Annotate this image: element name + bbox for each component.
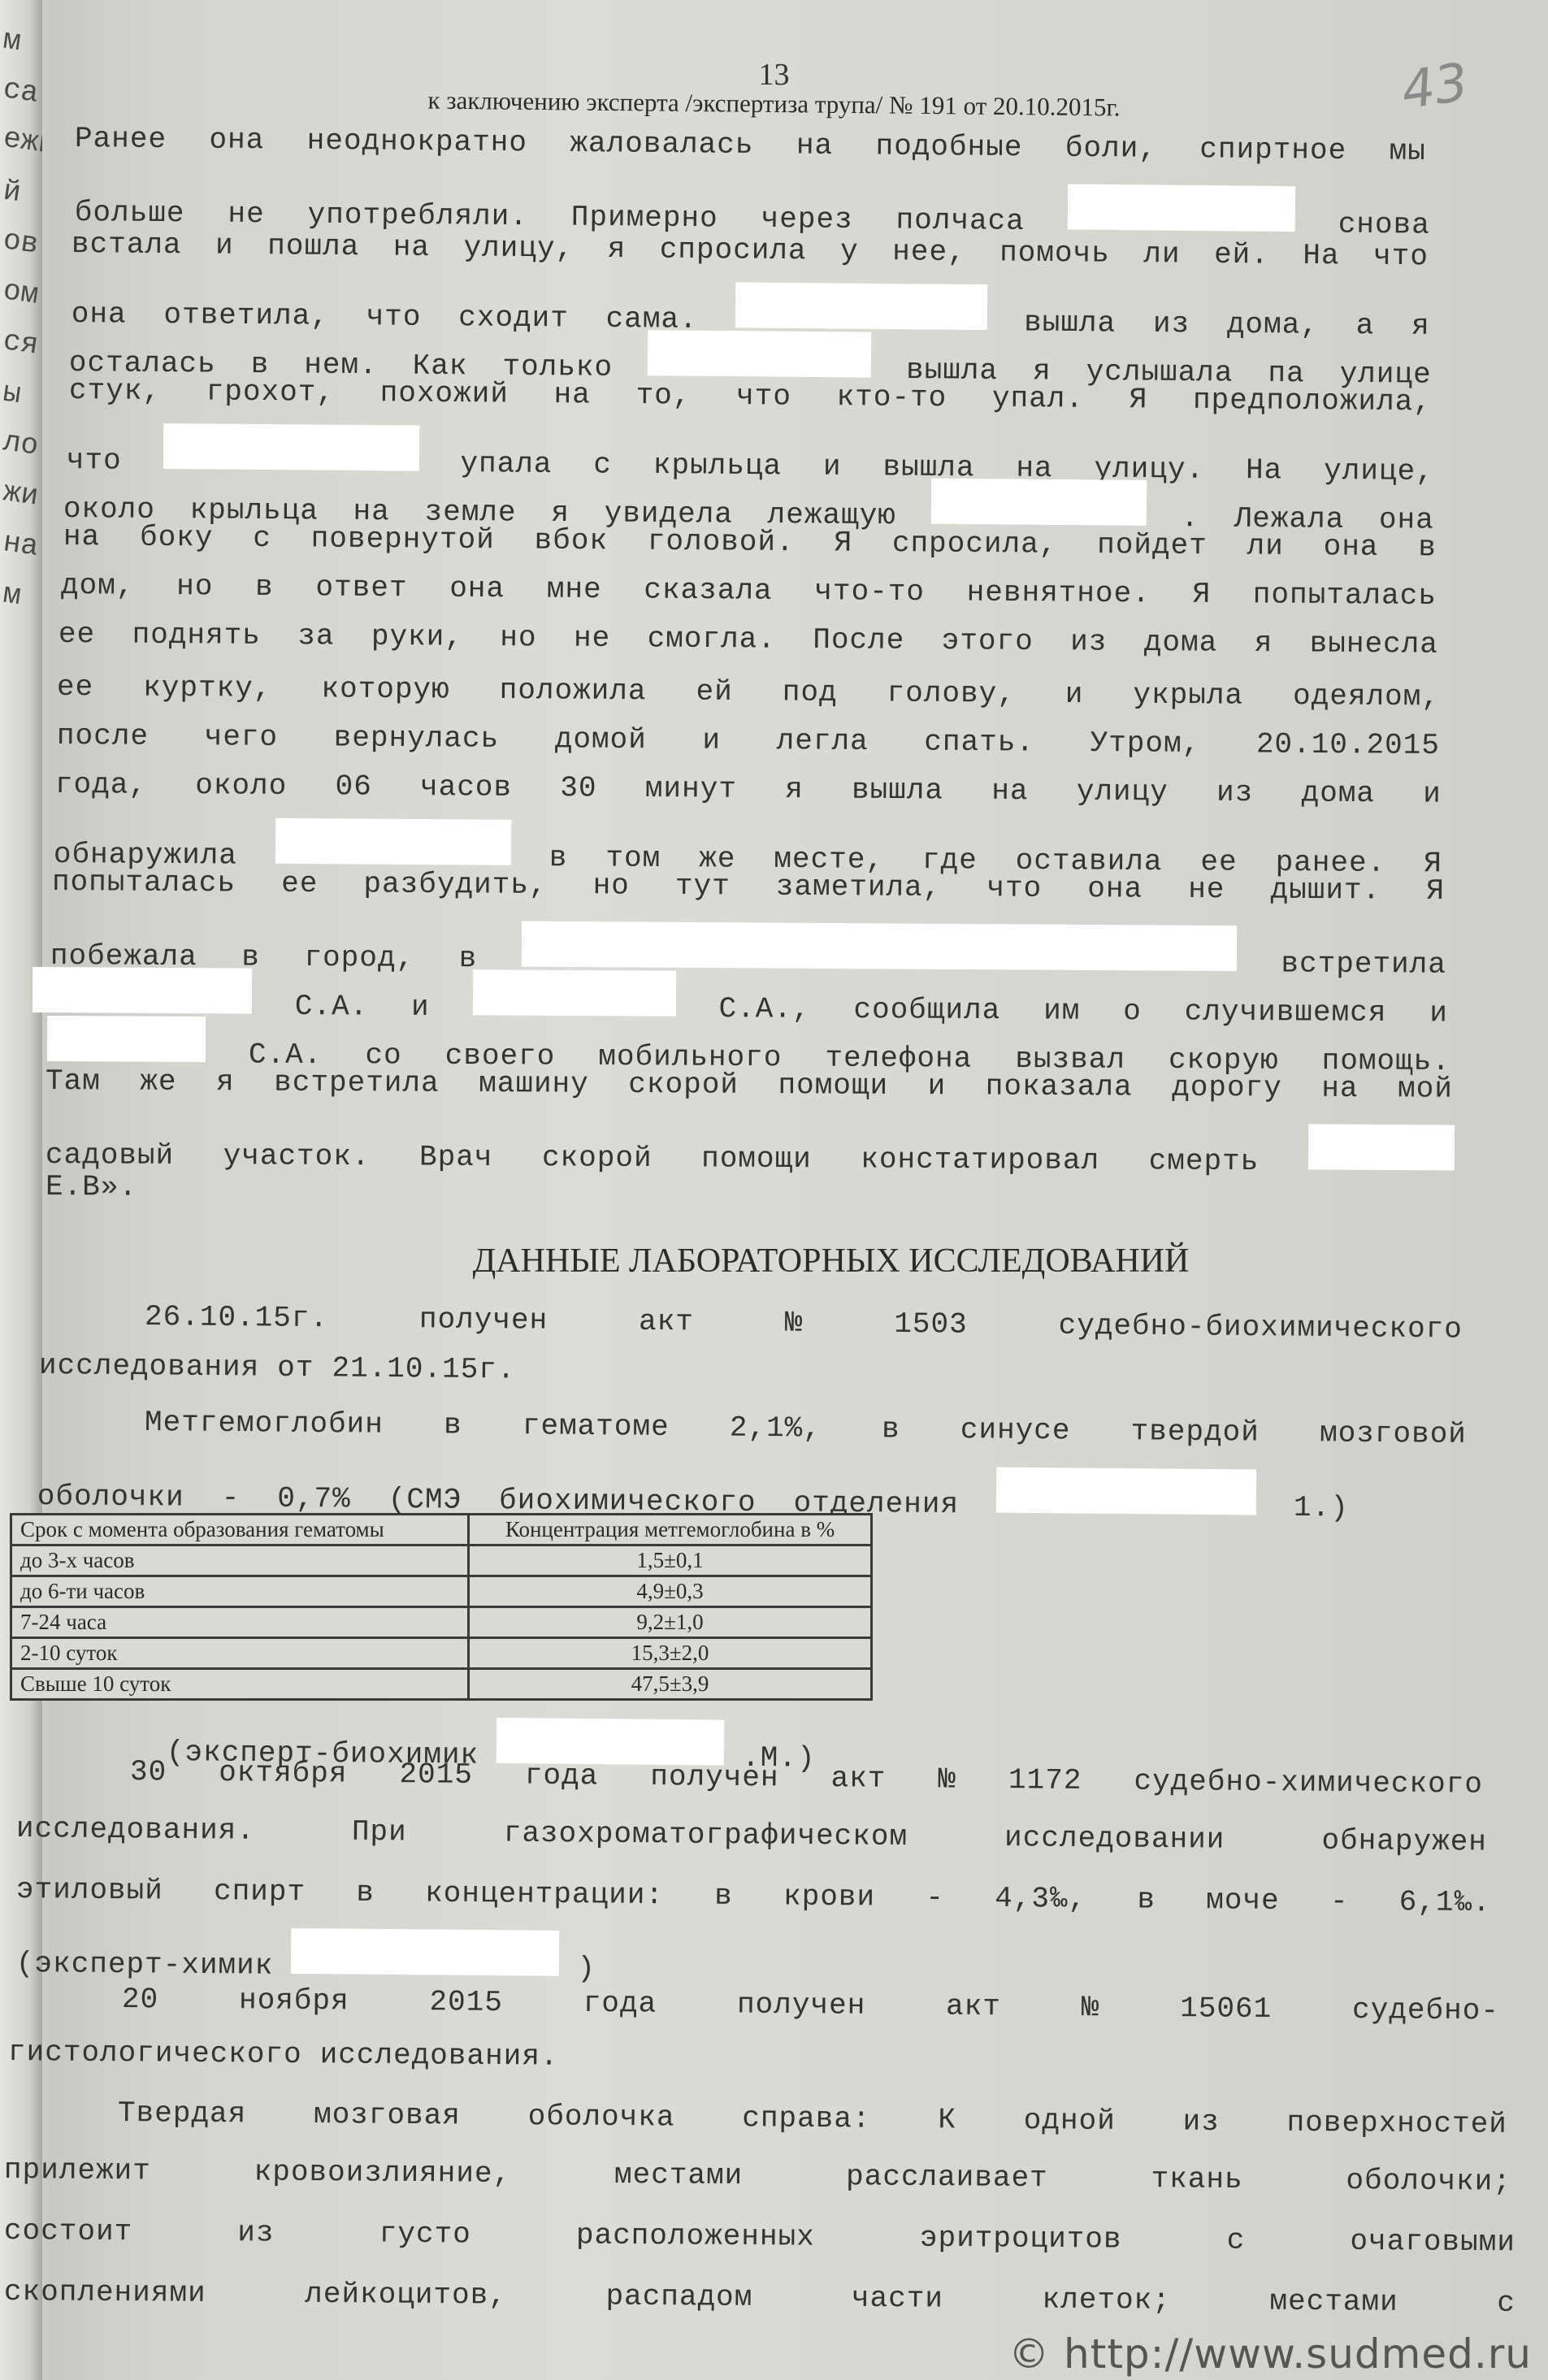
redaction-box [522,921,1237,971]
word: я [607,232,626,266]
concentration-cell: 15,3±2,0 [469,1638,872,1669]
word: газохроматографическом [504,1817,908,1854]
redaction-box [33,967,252,1014]
hematoma-age-cell: до 3-х часов [11,1545,469,1576]
word: смогла. [647,622,776,656]
word: она [209,124,264,158]
word: не [228,197,265,231]
word: - [926,1881,944,1914]
word: ее [281,867,318,900]
word: встретила [274,1066,440,1100]
text-line: (эксперт-химик) [16,1926,635,1986]
text-line: садовыйучасток.Врачскоройпомощиконстатир… [46,1117,1455,1179]
adjacent-page-fragment: ом [1,274,41,312]
word: спросила [660,233,807,268]
word: и [1423,778,1442,811]
word: на [1321,1072,1358,1105]
word: дышит. [1270,874,1381,908]
word: 20.10.2015 [1256,727,1440,762]
word: После [813,623,904,657]
word: крови [783,1879,875,1914]
concentration-cell: 9,2±1,0 [469,1607,872,1638]
word: на [991,774,1028,808]
text-line: исследованияот21.10.15г. [39,1349,650,1388]
word: № [1082,1991,1100,2024]
word: - [1330,1885,1349,1918]
adjacent-page-fragment: на [1,526,41,564]
word: спиртное [1199,132,1346,167]
word: из [237,2216,275,2249]
word: и [928,1069,947,1103]
text-line: 30октября2015годаполученакт№1172судебно-… [130,1755,1483,1801]
word: моче [1206,1884,1280,1918]
word: скорой [542,1141,653,1175]
word: что [1373,240,1429,274]
word: концентрации: [425,1877,664,1913]
word: ее [59,618,96,651]
word: на [553,378,591,411]
word: № [938,1762,956,1796]
word: что [736,379,791,414]
word: вышла [852,774,943,808]
text-line: состоитизгусторасположенныхэритроцитовсо… [4,2214,1515,2259]
word: не [574,622,611,655]
word: что-то [814,574,925,609]
word: разбудить, [363,867,547,901]
word: пошла [267,229,359,263]
text-line: Тамжеявстретиламашинускоройпомощиипоказа… [46,1064,1453,1106]
word: скоплениями [4,2275,206,2310]
word: грохот, [206,375,336,409]
hematoma-age-cell: 2-10 суток [11,1638,469,1669]
redaction-box [47,1016,206,1062]
word: дома [1301,777,1375,811]
word: упал. [992,382,1084,416]
word: и [215,229,234,262]
word: синусе [960,1413,1071,1447]
word: спать. [924,726,1034,760]
word: На [1303,239,1340,272]
text-line: гистологическогоисследования. [8,2035,691,2074]
concentration-cell: 4,9±0,3 [469,1576,872,1607]
word: этого [942,624,1034,658]
word: (эксперт-химик [16,1947,274,1983]
word: спросила, [892,527,1058,561]
word: куртку, [143,671,272,705]
word: жаловалась [570,127,753,162]
word: Утром, [1090,726,1200,761]
word: № [785,1307,804,1340]
word: Е.В». [46,1170,137,1204]
word: 2,1%, [730,1411,822,1446]
text-line: дом,новответонамнесказалачто-тоневнятное… [61,569,1437,613]
word: от [277,1351,314,1385]
word: 2015 [399,1758,473,1792]
word: положила [500,674,647,708]
text-line: скоплениямилейкоцитов,распадомчастиклето… [4,2275,1515,2320]
watermark: © http://www.sudmed.ru [1008,2330,1532,2378]
redaction-box [275,818,511,865]
redaction-box [648,330,871,377]
word: на [393,231,431,264]
word: нее, [892,235,966,269]
word: и [702,724,721,757]
word: кровоизлияние, [254,2155,512,2191]
word: года [583,1987,657,2021]
text-line: Метгемоглобинвгематоме2,1%,всинусетвердо… [145,1406,1467,1451]
word: боку [140,521,214,555]
word: местами [614,2158,744,2192]
word: ноября [239,1983,349,2018]
text-line: исследования.Пригазохроматографическомис… [16,1812,1487,1859]
word: 30 [560,771,596,804]
word: спирт [214,1875,306,1909]
hematoma-age-cell: Свыше 10 суток [11,1669,469,1700]
word: она [1324,530,1379,564]
word: гистологического [8,2035,302,2071]
word: Я [834,527,852,560]
table-row: до 6-ти часов4,9±0,3 [11,1576,872,1607]
word: то, [635,379,691,413]
table-header-row: Срок с момента образования гематомы Конц… [11,1515,872,1545]
word: ответ [315,570,407,605]
word: акт [946,1990,1001,2024]
word: 0,7% [277,1482,351,1516]
adjacent-page-fragment: ло [1,425,41,463]
word: я [1255,626,1273,660]
word: поднять [132,618,261,652]
word: 06 [335,769,371,803]
word: я [785,773,804,806]
word: получен [419,1303,549,1337]
word: под [783,676,838,709]
column-header: Срок с момента образования гематомы [11,1515,469,1545]
word: Я [1130,383,1148,416]
redaction-box [291,1928,559,1976]
word: состоит [4,2214,133,2248]
word: голову, [887,676,1016,710]
word: мозговая [314,2098,461,2132]
adjacent-page-fragment: ся [1,324,41,362]
word: через [761,202,852,236]
word: справа: [742,2101,871,2135]
hematoma-age-cell: 7-24 часа [11,1607,469,1638]
word: судебно-химического [1134,1765,1483,1801]
word: ли [1143,237,1181,271]
word: одеялом, [1293,679,1440,713]
adjacent-page-fragment: й [1,175,23,210]
adjacent-page-edge: мсаежийовомсяыложинам [0,0,42,2380]
word: этиловый [16,1873,163,1908]
adjacent-page-fragment: ы [1,376,23,412]
text-line: прилежиткровоизлияние,местамирасслаивает… [4,2153,1511,2199]
word: но [176,570,214,603]
word: 2015 [429,1985,503,2019]
word: 21.10.15г. [332,1351,515,1386]
word: смерть [1149,1144,1260,1178]
word: гематоме [523,1409,670,1444]
word: что [986,871,1042,904]
word: стук, [69,374,161,408]
word: заметила, [776,870,942,904]
redaction-box [735,282,986,330]
word: головой. [648,525,795,559]
word: вбок [534,524,608,558]
word: с [253,522,271,555]
word: полчаса [895,203,1025,237]
word: констатировал [861,1142,1099,1177]
word: октября [219,1756,348,1790]
word: Метгемоглобин [145,1406,384,1441]
word: поверхностей [1286,2106,1507,2141]
text-line: Е.В». [46,1170,179,1204]
word: помощи [701,1142,812,1176]
word: часов [420,770,512,804]
word: Ранее [75,122,167,156]
word: ей. [1214,238,1269,272]
word: но [500,621,537,654]
word: домой [555,722,647,756]
table-row: Свыше 10 суток47,5±3,9 [11,1669,872,1700]
word: очаговыми [1350,2225,1515,2260]
word: лейкоцитов, [305,2278,507,2313]
word: неоднократно [307,124,528,160]
word: судебно- [1352,1993,1499,2028]
redaction-box [1068,184,1296,232]
redaction-box [473,969,676,1017]
word: дорогу [1172,1071,1282,1105]
word: одной [1024,2104,1116,2138]
word: года [525,1759,599,1793]
word: улицу [1077,775,1169,809]
word: помочь [999,236,1110,270]
word: При [352,1815,407,1849]
word: которую [321,672,450,706]
column-header: Концентрация метгемоглобина в % [469,1515,872,1545]
word: акт [639,1305,694,1339]
word: ей [696,675,733,709]
word: попыталась [1253,578,1437,613]
text-line: послечеговернуласьдомойилегласпать.Утром… [57,719,1440,762]
word: 1172 [1008,1763,1082,1797]
text-line: 20ноября2015годаполученакт№15061судебно- [122,1983,1499,2027]
word: подобные [875,129,1022,164]
word: на [63,520,101,553]
word: 20 [122,1983,159,2016]
word: чего [205,720,279,754]
word: части [852,2282,943,2316]
word: получен [737,1988,866,2022]
word: кто-то [836,380,947,414]
word: укрыла [1133,678,1243,713]
word: 30 [130,1755,167,1788]
word: снова [1338,208,1430,242]
word: она [449,572,505,606]
word: расположенных [576,2218,815,2253]
word: встала [72,228,182,262]
word: 1503 [894,1307,968,1342]
word: в [255,570,274,604]
word: эритроцитов [920,2222,1122,2256]
word: показала [986,1070,1133,1104]
word: я [216,1065,235,1099]
text-line: 26.10.15г.полученакт№1503судебно-биохими… [145,1300,1463,1346]
word: вернулась [334,721,500,755]
word: мне [547,573,602,607]
word: мы [1389,135,1426,168]
word: предположила, [1193,384,1432,419]
word: же [140,1065,176,1099]
adjacent-page-fragment: м [1,24,23,59]
word: и [1065,678,1084,711]
word: употребляли. [307,198,528,234]
word: не [1188,873,1225,906]
word: клеток; [1042,2283,1171,2317]
concentration-cell: 1,5±0,1 [469,1545,872,1576]
word: из [1182,2105,1220,2139]
word: ли [1247,530,1284,563]
word: но [592,869,629,902]
word: из [1216,776,1253,809]
word: она [1087,872,1143,905]
word: оболочка [528,2100,675,2134]
redaction-box [931,479,1147,526]
word: оболочки [37,1480,184,1515]
methemoglobin-table: Срок с момента образования гематомы Конц… [10,1513,873,1701]
word: акт [830,1762,886,1796]
word: прилежит [4,2153,151,2187]
word: 6,1‰. [1399,1885,1491,1919]
text-line: Твердаямозговаяоболочкасправа:Коднойизпо… [118,2096,1507,2141]
word: повернутой [311,522,495,557]
word: распадом [605,2280,752,2314]
word: в [1137,1883,1156,1916]
word: Там [46,1064,101,1098]
word: К [938,2103,956,2136]
word: тут [675,869,731,903]
word: исследования. [16,1812,255,1848]
word: за [297,619,335,652]
word: садовый [46,1138,174,1173]
table-row: до 3-х часов1,5±0,1 [11,1545,872,1576]
word: местами [1269,2285,1398,2319]
word: Твердая [118,2096,247,2131]
word: расслаивает [846,2160,1048,2195]
word: ткань [1151,2162,1242,2196]
adjacent-page-fragment: жи [1,475,41,514]
word: 1.) [1294,1491,1349,1525]
word: года, [55,768,147,802]
word: дом, [61,569,135,603]
word: больше [75,196,185,230]
word: боли, [1065,132,1157,166]
text-line: этиловыйспиртвконцентрации:вкрови-4,3‰,в… [16,1873,1491,1919]
word: машину [479,1067,589,1101]
text-line: еекуртку,которуюположилаейподголову,иукр… [57,670,1440,713]
word: похожий [380,376,509,410]
word: оболочки; [1346,2164,1511,2199]
word: на [796,129,834,163]
adjacent-page-fragment: ежи [1,122,42,163]
word: в [444,1408,462,1441]
word: с [1227,2224,1246,2257]
word: дома [1144,626,1218,660]
word: густо [379,2217,471,2252]
word: ) [577,1952,596,1985]
word: скорой [628,1068,739,1102]
word: исследовании [1004,1821,1225,1856]
text-line: Ранееонанеоднократножаловаласьнаподобные… [75,122,1426,168]
word: исследования. [319,2038,558,2073]
word: в [356,1876,375,1910]
table-row: 2-10 суток15,3±2,0 [11,1638,872,1669]
word: невнятное. [967,576,1151,611]
word: ее [57,670,94,704]
word: твердой [1130,1415,1260,1449]
redaction-box [996,1467,1256,1515]
redaction-box [163,423,419,471]
word: улицу, [463,231,574,265]
word: из [1070,625,1108,658]
word: - [222,1481,241,1515]
adjacent-page-fragment: ов [1,223,41,262]
word: Я [1192,578,1211,611]
word: обнаружен [1321,1824,1487,1859]
word: попыталась [52,865,236,900]
word: помощи [778,1069,888,1103]
word: Я [1426,874,1445,908]
word: сказала [644,574,773,608]
word: участок. [223,1139,371,1173]
section-title: ДАННЫЕ ЛАБОРАТОРНЫХ ИССЛЕДОВАНИЙ [0,1242,1548,1281]
word: минут [645,772,737,806]
adjacent-page-fragment: м [1,578,23,613]
redaction-box [1308,1124,1455,1170]
word: (СМЭ [388,1483,462,1517]
word: судебно-биохимического [1058,1309,1463,1346]
word: получен [650,1760,779,1794]
word: около [195,769,287,803]
word: в [882,1412,900,1446]
word: после [57,719,149,753]
word: у [840,235,859,268]
hematoma-age-cell: до 6-ти часов [11,1576,469,1607]
word: мозговой [1320,1416,1467,1451]
word: легла [777,724,869,758]
word: 15061 [1180,1992,1272,2026]
word: в [1418,531,1437,564]
word: 4,3‰, [995,1882,1086,1916]
word: мой [1398,1072,1453,1105]
word: 26.10.15г. [145,1300,328,1335]
word: с [1497,2287,1515,2320]
word: пойдет [1097,528,1208,562]
word: Примерно [571,201,718,236]
word: вынесла [1310,627,1439,661]
word: исследования [39,1349,260,1385]
text-line: ееподнятьзаруки,нонесмогла.Послеэтогоизд… [59,618,1438,661]
word: Врач [419,1140,493,1173]
text-line: года,около06часов30минутявышланаулицуизд… [55,768,1442,811]
word: руки, [371,620,463,654]
concentration-cell: 47,5±3,9 [469,1669,872,1700]
table-row: 7-24 часа9,2±1,0 [11,1607,872,1638]
word: в [714,1879,733,1913]
